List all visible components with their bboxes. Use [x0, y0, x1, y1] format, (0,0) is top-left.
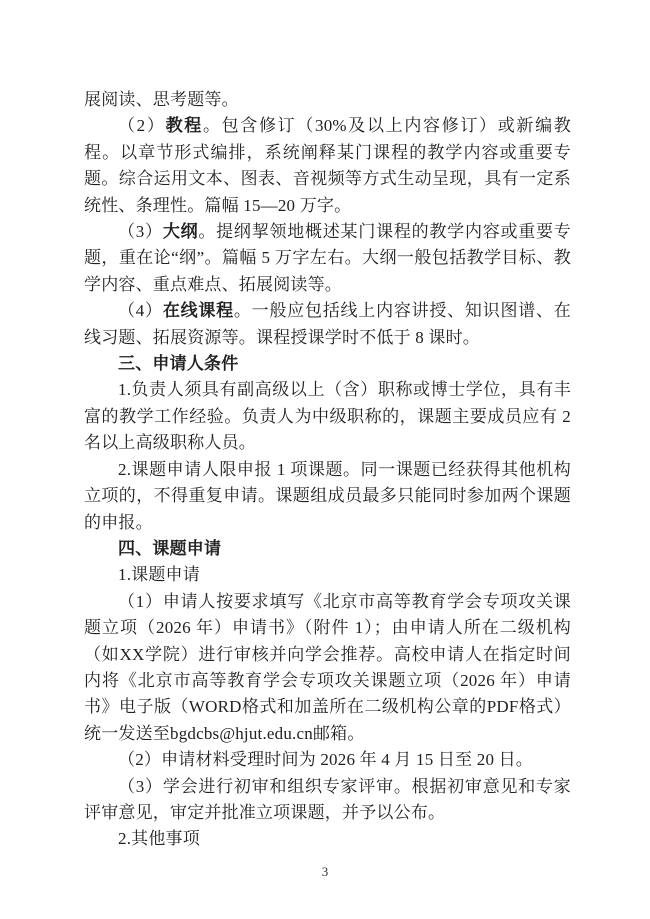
section-heading-project-application: 四、课题申请 [84, 536, 571, 562]
paragraph-apply-subheading-2: 2.其他事项 [84, 826, 571, 852]
item-number: （3） [118, 222, 163, 241]
paragraph-apply-subheading-1: 1.课题申请 [84, 562, 571, 588]
paragraph-continuation: 展阅读、思考题等。 [84, 87, 571, 113]
item-term-outline: 大纲 [163, 222, 199, 241]
document-body: 展阅读、思考题等。 （2）教程。包含修订（30%及以上内容修订）或新编教程。以章… [84, 87, 571, 853]
item-number: （2） [118, 116, 166, 135]
paragraph-continuation-text: 展阅读、思考题等。 [84, 90, 239, 109]
section-heading-applicant-conditions: 三、申请人条件 [84, 351, 571, 377]
document-page: 展阅读、思考题等。 （2）教程。包含修订（30%及以上内容修订）或新编教程。以章… [0, 0, 650, 919]
paragraph-item-online-course: （4）在线课程。一般应包括线上内容讲授、知识图谱、在线习题、拓展资源等。课程授课… [84, 298, 571, 351]
paragraph-item-outline: （3）大纲。提纲挈领地概述某门课程的教学内容或重要专题，重在论“纲”。篇幅 5 … [84, 219, 571, 298]
paragraph-item-textbook: （2）教程。包含修订（30%及以上内容修订）或新编教程。以章节形式编排，系统阐释… [84, 113, 571, 219]
item-number: （4） [118, 301, 163, 320]
paragraph-apply-step-1: （1）申请人按要求填写《北京市高等教育学会专项攻关课题立项（2026 年）申请书… [84, 589, 571, 747]
page-number: 3 [0, 864, 650, 880]
paragraph-apply-step-2: （2）申请材料受理时间为 2026 年 4 月 15 日至 20 日。 [84, 747, 571, 773]
paragraph-applicant-rule-2: 2.课题申请人限申报 1 项课题。同一课题已经获得其他机构立项的，不得重复申请。… [84, 457, 571, 536]
paragraph-apply-step-3: （3）学会进行初审和组织专家评审。根据初审意见和专家评审意见，审定并批准立项课题… [84, 774, 571, 827]
item-term-online-course: 在线课程 [163, 301, 234, 320]
paragraph-applicant-rule-1: 1.负责人须具有副高级以上（含）职称或博士学位，具有丰富的教学工作经验。负责人为… [84, 377, 571, 456]
item-term-textbook: 教程 [166, 116, 203, 135]
